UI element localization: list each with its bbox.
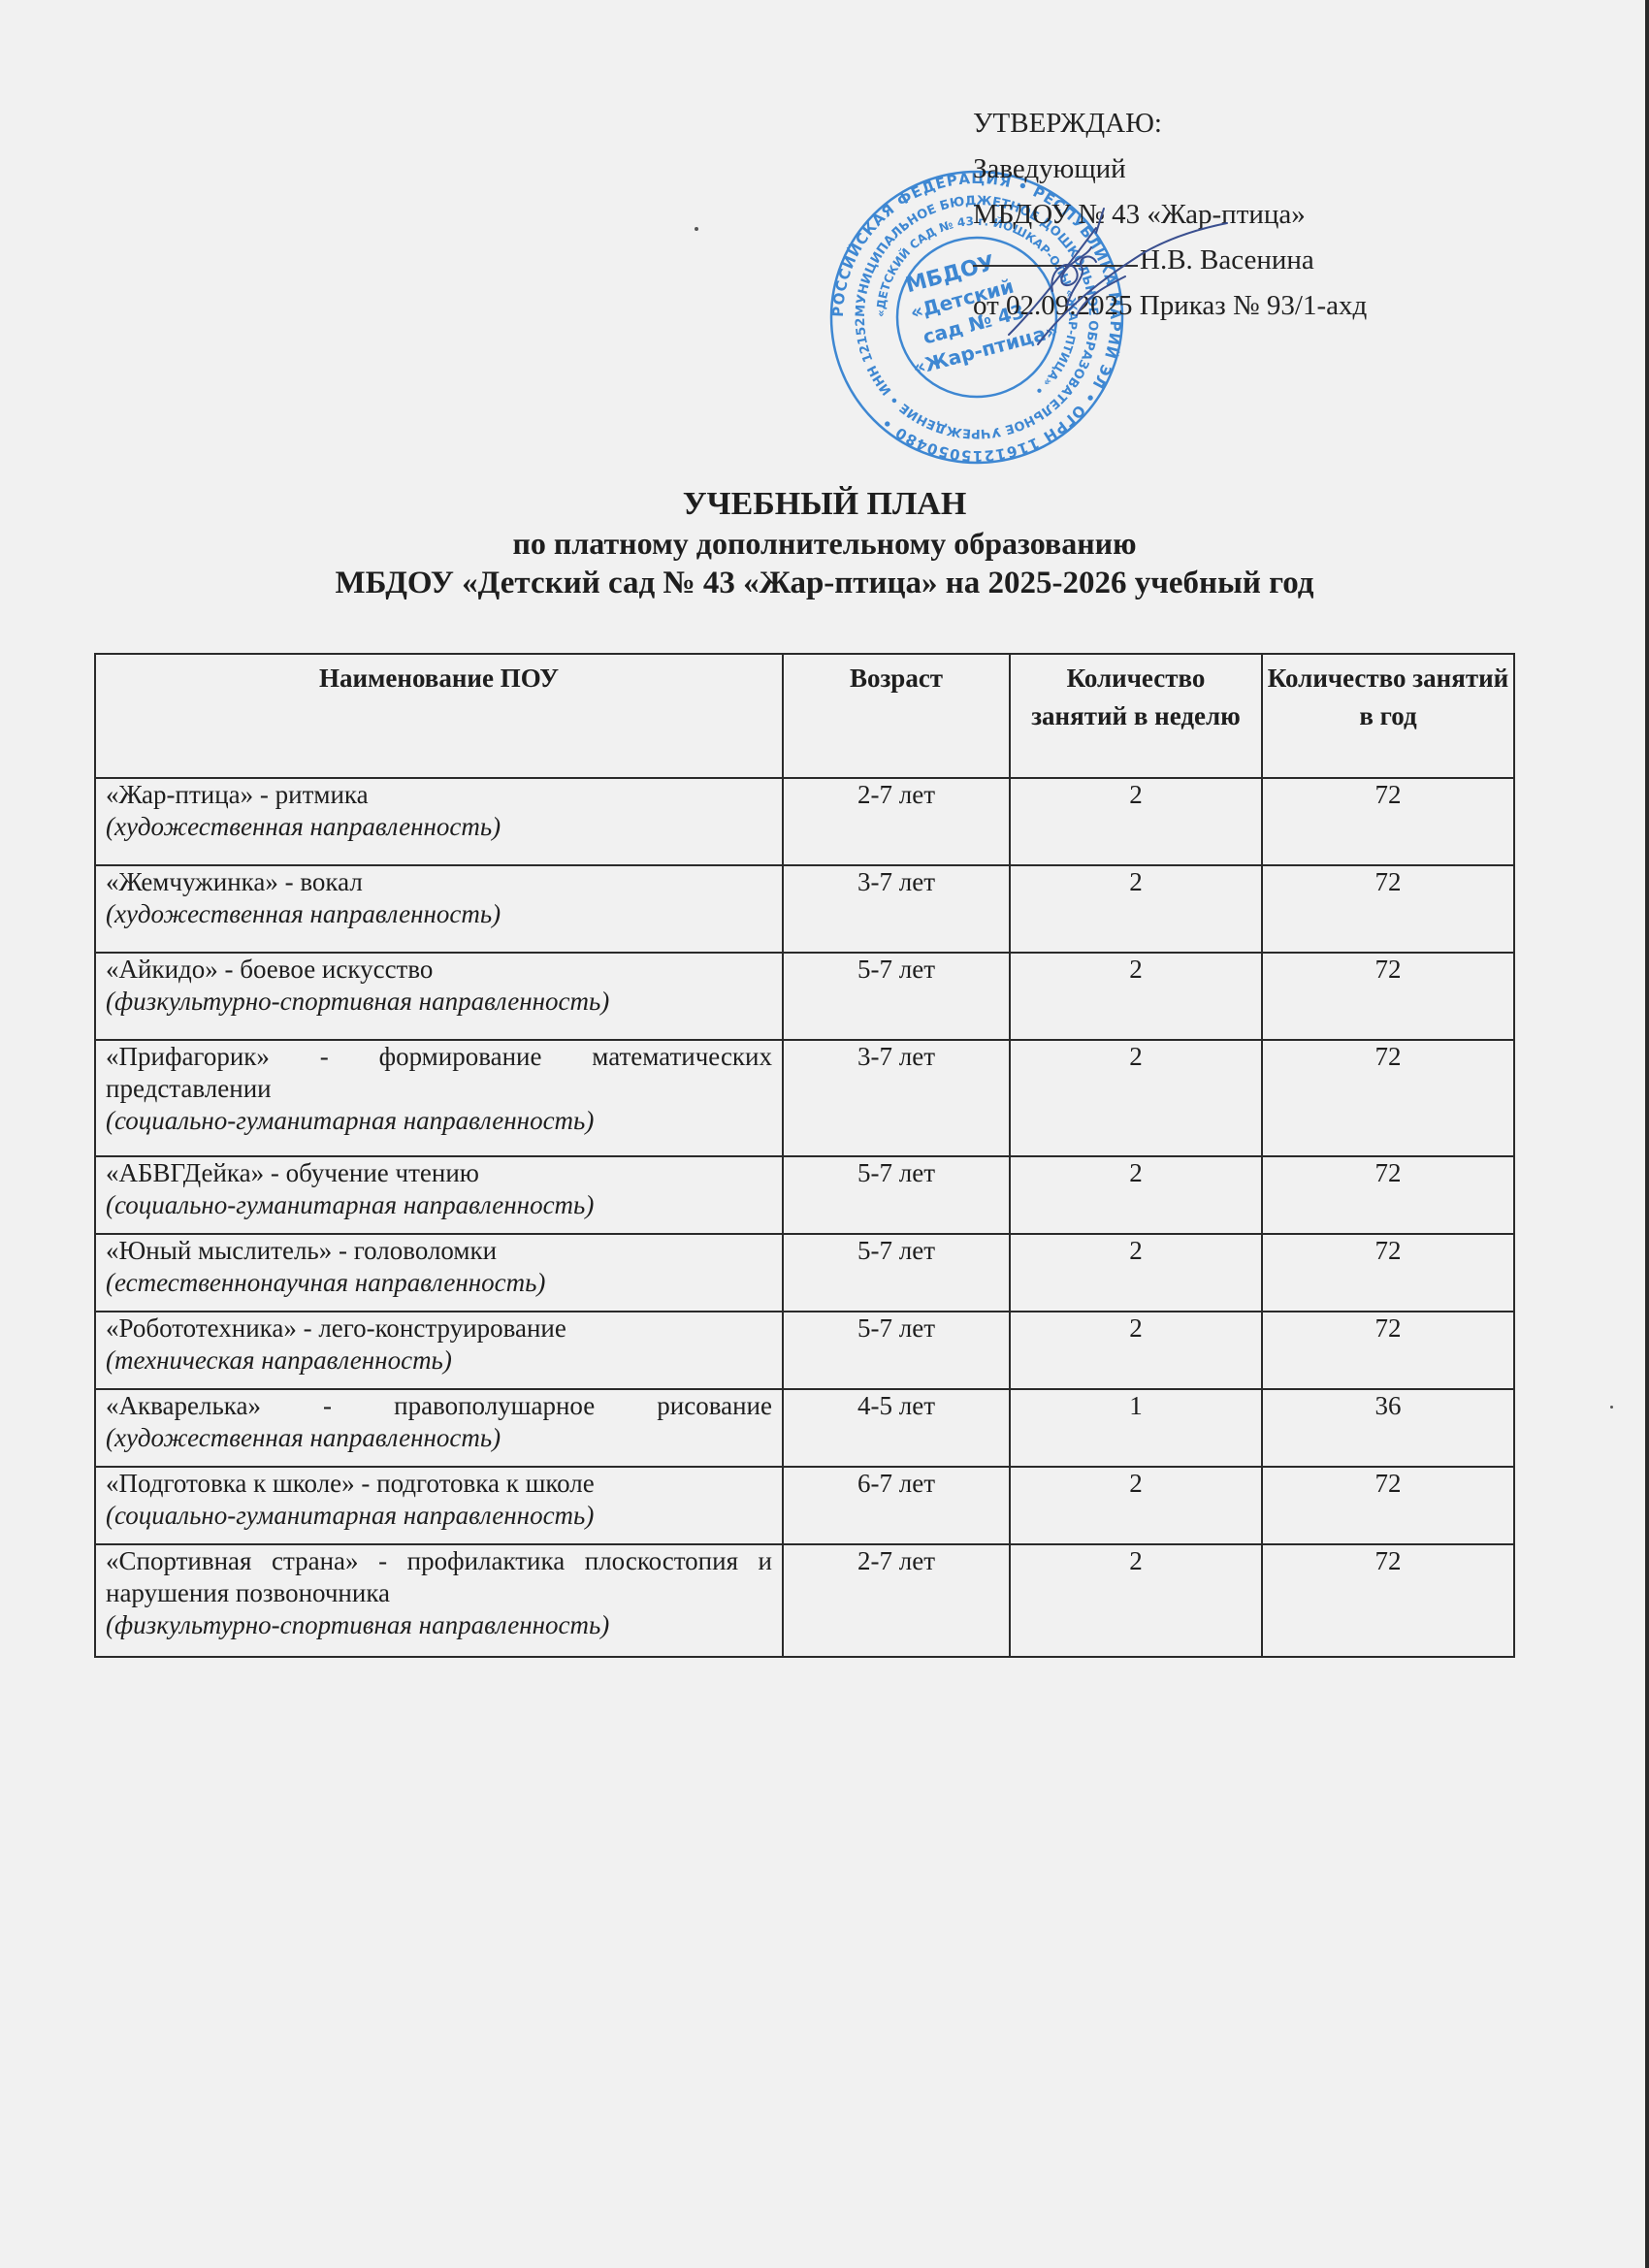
table-row: «Прифагорик» - формирование математическ… — [95, 1040, 1514, 1156]
age-cell: 2-7 лет — [783, 1544, 1010, 1657]
age-cell: 3-7 лет — [783, 1040, 1010, 1156]
program-cell: «Жемчужинка» - вокал(художественная напр… — [95, 865, 783, 953]
header-program-name: Наименование ПОУ — [95, 654, 783, 778]
per-year-cell: 72 — [1262, 1234, 1514, 1312]
per-week-cell: 1 — [1010, 1389, 1262, 1467]
table-row: «АБВГДейка» - обучение чтению(социально-… — [95, 1156, 1514, 1234]
curriculum-table: Наименование ПОУ Возраст Количество заня… — [94, 653, 1515, 1658]
program-cell: «Подготовка к школе» - подготовка к школ… — [95, 1467, 783, 1544]
per-year-cell: 36 — [1262, 1389, 1514, 1467]
program-title: «Акварелька» - правополушарное рисование — [106, 1390, 772, 1422]
program-title: «Прифагорик» - формирование математическ… — [106, 1041, 772, 1105]
per-year-cell: 72 — [1262, 1467, 1514, 1544]
per-year-cell: 72 — [1262, 1312, 1514, 1389]
header-lessons-per-year: Количество занятий в год — [1262, 654, 1514, 778]
program-title: «Спортивная страна» - профилактика плоск… — [106, 1545, 772, 1609]
program-direction: (физкультурно-спортивная направленность) — [106, 986, 772, 1018]
table-row: «Подготовка к школе» - подготовка к школ… — [95, 1467, 1514, 1544]
program-direction: (физкультурно-спортивная направленность) — [106, 1609, 772, 1641]
per-week-cell: 2 — [1010, 953, 1262, 1040]
per-week-cell: 2 — [1010, 1544, 1262, 1657]
program-title: «Жар-птица» - ритмика — [106, 779, 772, 811]
per-week-cell: 2 — [1010, 1467, 1262, 1544]
program-title: «Юный мыслитель» - головоломки — [106, 1235, 772, 1267]
program-cell: «Жар-птица» - ритмика(художественная нап… — [95, 778, 783, 865]
table-header-row: Наименование ПОУ Возраст Количество заня… — [95, 654, 1514, 778]
per-year-cell: 72 — [1262, 1156, 1514, 1234]
table-row: «Айкидо» - боевое искусство(физкультурно… — [95, 953, 1514, 1040]
program-title: «АБВГДейка» - обучение чтению — [106, 1157, 772, 1189]
program-direction: (художественная направленность) — [106, 811, 772, 843]
approval-heading: УТВЕРЖДАЮ: — [973, 101, 1367, 146]
per-year-cell: 72 — [1262, 953, 1514, 1040]
approval-position: Заведующий — [973, 146, 1367, 192]
program-direction: (художественная направленность) — [106, 1422, 772, 1454]
program-cell: «Спортивная страна» - профилактика плоск… — [95, 1544, 783, 1657]
table-row: «Жар-птица» - ритмика(художественная нап… — [95, 778, 1514, 865]
program-cell: «Робототехника» - лего-конструирование(т… — [95, 1312, 783, 1389]
table-row: «Жемчужинка» - вокал(художественная напр… — [95, 865, 1514, 953]
table-row: «Акварелька» - правополушарное рисование… — [95, 1389, 1514, 1467]
age-cell: 6-7 лет — [783, 1467, 1010, 1544]
per-year-cell: 72 — [1262, 1040, 1514, 1156]
age-cell: 2-7 лет — [783, 778, 1010, 865]
program-direction: (социально-гуманитарная направленность) — [106, 1189, 772, 1221]
program-cell: «АБВГДейка» - обучение чтению(социально-… — [95, 1156, 783, 1234]
table-row: «Юный мыслитель» - головоломки(естествен… — [95, 1234, 1514, 1312]
table-row: «Спортивная страна» - профилактика плоск… — [95, 1544, 1514, 1657]
program-direction: (естественнонаучная направленность) — [106, 1267, 772, 1299]
title-main: УЧЕБНЫЙ ПЛАН — [0, 485, 1649, 524]
program-title: «Жемчужинка» - вокал — [106, 866, 772, 898]
program-direction: (техническая направленность) — [106, 1345, 772, 1377]
per-year-cell: 72 — [1262, 1544, 1514, 1657]
header-lessons-per-week: Количество занятий в неделю — [1010, 654, 1262, 778]
per-week-cell: 2 — [1010, 1156, 1262, 1234]
per-year-cell: 72 — [1262, 778, 1514, 865]
header-age: Возраст — [783, 654, 1010, 778]
program-title: «Айкидо» - боевое искусство — [106, 954, 772, 986]
table-row: «Робототехника» - лего-конструирование(т… — [95, 1312, 1514, 1389]
age-cell: 4-5 лет — [783, 1389, 1010, 1467]
title-organization-year: МБДОУ «Детский сад № 43 «Жар-птица» на 2… — [0, 563, 1649, 603]
signature-icon — [980, 199, 1232, 354]
per-week-cell: 2 — [1010, 778, 1262, 865]
program-cell: «Айкидо» - боевое искусство(физкультурно… — [95, 953, 783, 1040]
age-cell: 5-7 лет — [783, 953, 1010, 1040]
program-direction: (художественная направленность) — [106, 898, 772, 930]
per-week-cell: 2 — [1010, 1040, 1262, 1156]
per-week-cell: 2 — [1010, 865, 1262, 953]
per-week-cell: 2 — [1010, 1312, 1262, 1389]
scan-speck — [1610, 1406, 1613, 1409]
age-cell: 5-7 лет — [783, 1156, 1010, 1234]
program-title: «Робототехника» - лего-конструирование — [106, 1312, 772, 1345]
title-subtitle: по платному дополнительному образованию — [0, 524, 1649, 563]
age-cell: 5-7 лет — [783, 1312, 1010, 1389]
per-week-cell: 2 — [1010, 1234, 1262, 1312]
program-direction: (социально-гуманитарная направленность) — [106, 1500, 772, 1532]
program-cell: «Прифагорик» - формирование математическ… — [95, 1040, 783, 1156]
program-cell: «Юный мыслитель» - головоломки(естествен… — [95, 1234, 783, 1312]
program-title: «Подготовка к школе» - подготовка к школ… — [106, 1468, 772, 1500]
program-cell: «Акварелька» - правополушарное рисование… — [95, 1389, 783, 1467]
per-year-cell: 72 — [1262, 865, 1514, 953]
age-cell: 5-7 лет — [783, 1234, 1010, 1312]
scan-edge — [1645, 0, 1649, 2268]
document-title: УЧЕБНЫЙ ПЛАН по платному дополнительному… — [0, 485, 1649, 603]
age-cell: 3-7 лет — [783, 865, 1010, 953]
program-direction: (социально-гуманитарная направленность) — [106, 1105, 772, 1137]
scan-speck — [695, 227, 698, 231]
